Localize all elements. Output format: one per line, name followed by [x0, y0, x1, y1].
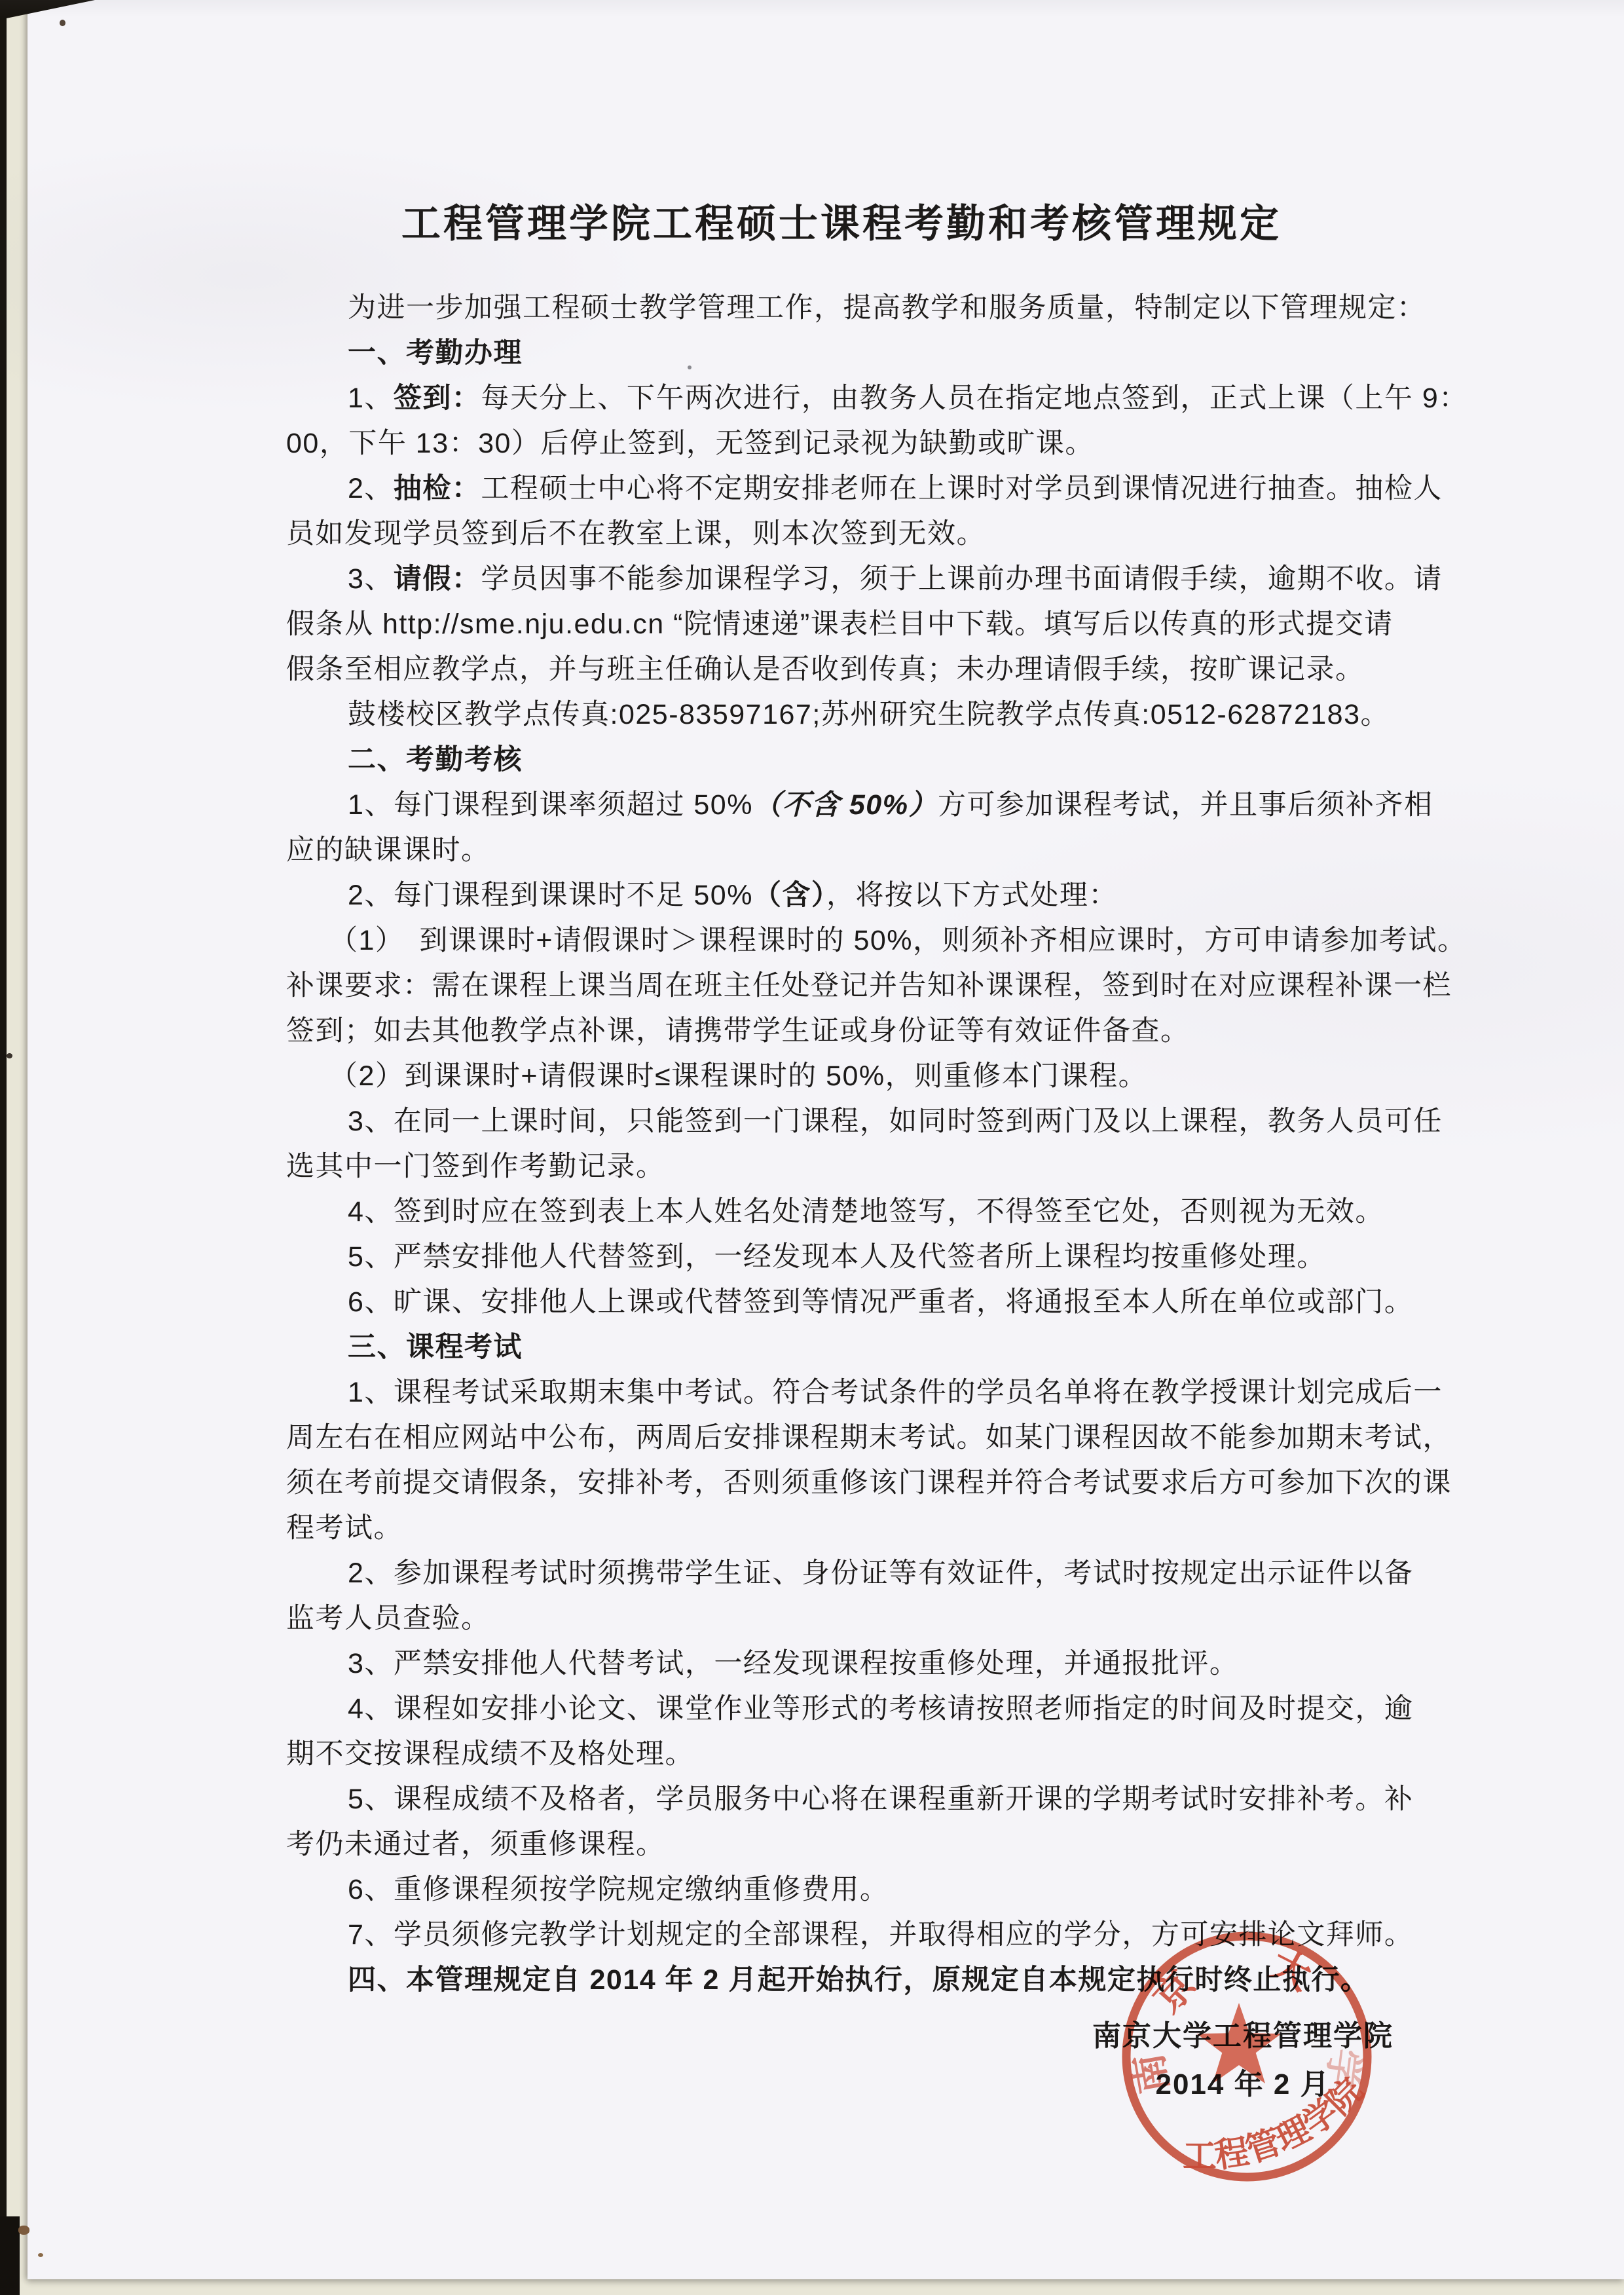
official-seal-stamp: 南 京 大 学 工程管理学院 — [1115, 1924, 1380, 2190]
doc-line: 3、在同一上课时间，只能签到一门课程，如同时签到两门及以上课程，教务人员可任 — [286, 1099, 1403, 1144]
line-text: 4、签到时应在签到表上本人姓名处清楚地签写，不得签至它处，否则视为无效。 — [348, 1196, 1384, 1227]
line-text: 鼓楼校区教学点传真:025-83597167;苏州研究生院教学点传真:0512-… — [348, 699, 1390, 730]
line-text: 4、课程如安排小论文、课堂作业等形式的考核请按照老师指定的时间及时提交，逾 — [348, 1693, 1413, 1725]
line-bold-text: 签到： — [394, 382, 481, 414]
line-text: 签到；如去其他教学点补课，请携带学生证或身份证等有效证件备查。 — [286, 1015, 1190, 1047]
document-body: 为进一步加强工程硕士教学管理工作，提高教学和服务质量，特制定以下管理规定： 一、… — [286, 286, 1403, 2003]
doc-line: 程考试。 — [286, 1506, 1403, 1551]
line-text: 监考人员查验。 — [286, 1603, 490, 1634]
line-text: 3、在同一上课时间，只能签到一门课程，如同时签到两门及以上课程，教务人员可任 — [348, 1106, 1443, 1137]
scan-corner-shadow — [0, 0, 95, 20]
seal-char: 南 — [1126, 2050, 1176, 2097]
doc-line: 鼓楼校区教学点传真:025-83597167;苏州研究生院教学点传真:0512-… — [286, 692, 1403, 737]
section-heading: 二、考勤考核 — [286, 737, 1403, 783]
scan-corner-bottom-left — [0, 2216, 20, 2295]
doc-line: 期不交按课程成绩不及格处理。 — [286, 1732, 1403, 1777]
line-text: 2、 — [348, 473, 394, 504]
line-text: 员如发现学员签到后不在教室上课，则本次签到无效。 — [286, 518, 986, 550]
line-text: 须在考前提交请假条，安排补考，否则须重修该门课程并符合考试要求后方可参加下次的课 — [286, 1467, 1452, 1499]
line-text: 期不交按课程成绩不及格处理。 — [286, 1738, 694, 1770]
doc-line: 6、旷课、安排他人上课或代替签到等情况严重者，将通报至本人所在单位或部门。 — [286, 1280, 1403, 1325]
line-text: 2、每门课程到课课时不足 50% — [348, 880, 753, 911]
line-text: 2、参加课程考试时须携带学生证、身份证等有效证件，考试时按规定出示证件以备 — [348, 1558, 1413, 1589]
scan-speck — [7, 1053, 12, 1058]
line-text: 1、 — [348, 382, 394, 414]
line-text: 选其中一门签到作考勤记录。 — [286, 1151, 665, 1182]
line-text: 补课要求：需在课程上课当周在班主任处登记并告知补课课程，签到时在对应课程补课一栏 — [286, 970, 1452, 1001]
document-title: 工程管理学院工程硕士课程考勤和考核管理规定 — [59, 193, 1624, 249]
line-text: 00，下午 13：30）后停止签到，无签到记录视为缺勤或旷课。 — [286, 428, 1094, 459]
line-bold-text: 二、考勤考核 — [348, 744, 523, 775]
doc-line: 考仍未通过者，须重修课程。 — [286, 1822, 1403, 1867]
doc-line: 1、每门课程到课率须超过 50%（不含 50%）方可参加课程考试，并且事后须补齐… — [286, 783, 1403, 828]
doc-line: 00，下午 13：30）后停止签到，无签到记录视为缺勤或旷课。 — [286, 421, 1403, 466]
line-text: 假条从 http://sme.nju.edu.cn “院情速递”课表栏目中下载。… — [286, 608, 1393, 640]
line-text: 假条至相应教学点，并与班主任确认是否收到传真；未办理请假手续，按旷课记录。 — [286, 654, 1365, 685]
line-text: 6、旷课、安排他人上课或代替签到等情况严重者，将通报至本人所在单位或部门。 — [348, 1286, 1413, 1318]
doc-line: 4、签到时应在签到表上本人姓名处清楚地签写，不得签至它处，否则视为无效。 — [286, 1189, 1403, 1235]
line-text: （2）到课课时+请假课时≤课程课时的 50%，则重修本门课程。 — [329, 1060, 1147, 1092]
doc-line: 3、请假：学员因事不能参加课程学习，须于上课前办理书面请假手续，逾期不收。请 — [286, 557, 1403, 602]
line-text: 程考试。 — [286, 1512, 403, 1544]
line-text: 1、课程考试采取期末集中考试。符合考试条件的学员名单将在教学授课计划完成后一 — [348, 1377, 1443, 1408]
line-text: 工程硕士中心将不定期安排老师在上课时对学员到课情况进行抽查。抽检人 — [481, 473, 1443, 504]
line-text: 学员因事不能参加课程学习，须于上课前办理书面请假手续，逾期不收。请 — [481, 563, 1443, 595]
line-text: 应的缺课课时。 — [286, 834, 490, 866]
doc-line: 签到；如去其他教学点补课，请携带学生证或身份证等有效证件备查。 — [286, 1009, 1403, 1054]
line-text: 5、严禁安排他人代替签到，一经发现本人及代签者所上课程均按重修处理。 — [348, 1241, 1326, 1273]
line-bold-text: （含） — [753, 880, 826, 911]
scan-stain — [18, 2226, 29, 2235]
scanned-document-page: 工程管理学院工程硕士课程考勤和考核管理规定 为进一步加强工程硕士教学管理工作，提… — [0, 0, 1624, 2295]
seal-char: 京 — [1145, 1962, 1204, 2021]
scanner-edge-strip — [0, 0, 7, 2295]
doc-line: （1） 到课课时+请假课时＞课程课时的 50%，则须补齐相应课时，方可申请参加考… — [286, 918, 1403, 963]
doc-line: 4、课程如安排小论文、课堂作业等形式的考核请按照老师指定的时间及时提交，逾 — [286, 1687, 1403, 1732]
line-text: 每天分上、下午两次进行，由教务人员在指定地点签到，正式上课（上午 9： — [481, 382, 1467, 414]
line-text: （1） 到课课时+请假课时＞课程课时的 50%，则须补齐相应课时，方可申请参加考… — [329, 925, 1467, 956]
doc-line: 假条至相应教学点，并与班主任确认是否收到传真；未办理请假手续，按旷课记录。 — [286, 647, 1403, 692]
line-bold-text: 请假： — [394, 563, 481, 595]
doc-line: 6、重修课程须按学院规定缴纳重修费用。 — [286, 1867, 1403, 1912]
doc-line: 1、课程考试采取期末集中考试。符合考试条件的学员名单将在教学授课计划完成后一 — [286, 1370, 1403, 1415]
line-text: 5、课程成绩不及格者，学员服务中心将在课程重新开课的学期考试时安排补考。补 — [348, 1783, 1413, 1815]
line-text: 为进一步加强工程硕士教学管理工作，提高教学和服务质量，特制定以下管理规定： — [348, 292, 1426, 324]
line-text: 6、重修课程须按学院规定缴纳重修费用。 — [348, 1874, 889, 1905]
line-text: 3、严禁安排他人代替考试，一经发现课程按重修处理，并通报批评。 — [348, 1648, 1238, 1679]
scan-speck — [38, 2253, 43, 2257]
line-bold-text: 一、考勤办理 — [348, 337, 523, 369]
seal-college-text: 工程管理学院 — [1183, 2071, 1371, 2175]
doc-line: 须在考前提交请假条，安排补考，否则须重修该门课程并符合考试要求后方可参加下次的课 — [286, 1461, 1403, 1506]
doc-line: 5、课程成绩不及格者，学员服务中心将在课程重新开课的学期考试时安排补考。补 — [286, 1777, 1403, 1822]
doc-line: 周左右在相应网站中公布，两周后安排课程期末考试。如某门课程因故不能参加期末考试， — [286, 1415, 1403, 1461]
doc-line: 5、严禁安排他人代替签到，一经发现本人及代签者所上课程均按重修处理。 — [286, 1235, 1403, 1280]
section-heading: 三、课程考试 — [286, 1325, 1403, 1370]
doc-line: 为进一步加强工程硕士教学管理工作，提高教学和服务质量，特制定以下管理规定： — [286, 286, 1403, 331]
line-bold-text: 三、课程考试 — [348, 1332, 523, 1363]
doc-line: 2、抽检：工程硕士中心将不定期安排老师在上课时对学员到课情况进行抽查。抽检人 — [286, 466, 1403, 512]
doc-line: 2、参加课程考试时须携带学生证、身份证等有效证件，考试时按规定出示证件以备 — [286, 1551, 1403, 1596]
doc-line: 应的缺课课时。 — [286, 828, 1403, 873]
line-text: 周左右在相应网站中公布，两周后安排课程期末考试。如某门课程因故不能参加期末考试， — [286, 1422, 1452, 1453]
line-bold-text: 抽检： — [394, 473, 481, 504]
doc-line: 选其中一门签到作考勤记录。 — [286, 1144, 1403, 1189]
section-heading: 一、考勤办理 — [286, 331, 1403, 376]
doc-line: 2、每门课程到课课时不足 50%（含），将按以下方式处理： — [286, 873, 1403, 918]
doc-line: 1、签到：每天分上、下午两次进行，由教务人员在指定地点签到，正式上课（上午 9： — [286, 376, 1403, 421]
star-icon — [1196, 2003, 1281, 2083]
line-bold-text: （不含 50%） — [753, 789, 938, 821]
doc-line: 监考人员查验。 — [286, 1596, 1403, 1641]
doc-line: 3、严禁安排他人代替考试，一经发现课程按重修处理，并通报批评。 — [286, 1641, 1403, 1687]
scan-speck — [60, 20, 65, 26]
line-text: ，将按以下方式处理： — [826, 880, 1118, 911]
line-text: 方可参加课程考试，并且事后须补齐相 — [938, 789, 1433, 821]
doc-line: （2）到课课时+请假课时≤课程课时的 50%，则重修本门课程。 — [286, 1054, 1403, 1099]
doc-line: 员如发现学员签到后不在教室上课，则本次签到无效。 — [286, 512, 1403, 557]
line-text: 1、每门课程到课率须超过 50% — [348, 789, 753, 821]
line-text: 3、 — [348, 563, 394, 595]
doc-line: 假条从 http://sme.nju.edu.cn “院情速递”课表栏目中下载。… — [286, 602, 1403, 647]
doc-line: 补课要求：需在课程上课当周在班主任处登记并告知补课课程，签到时在对应课程补课一栏 — [286, 963, 1403, 1009]
line-text: 考仍未通过者，须重修课程。 — [286, 1829, 665, 1860]
